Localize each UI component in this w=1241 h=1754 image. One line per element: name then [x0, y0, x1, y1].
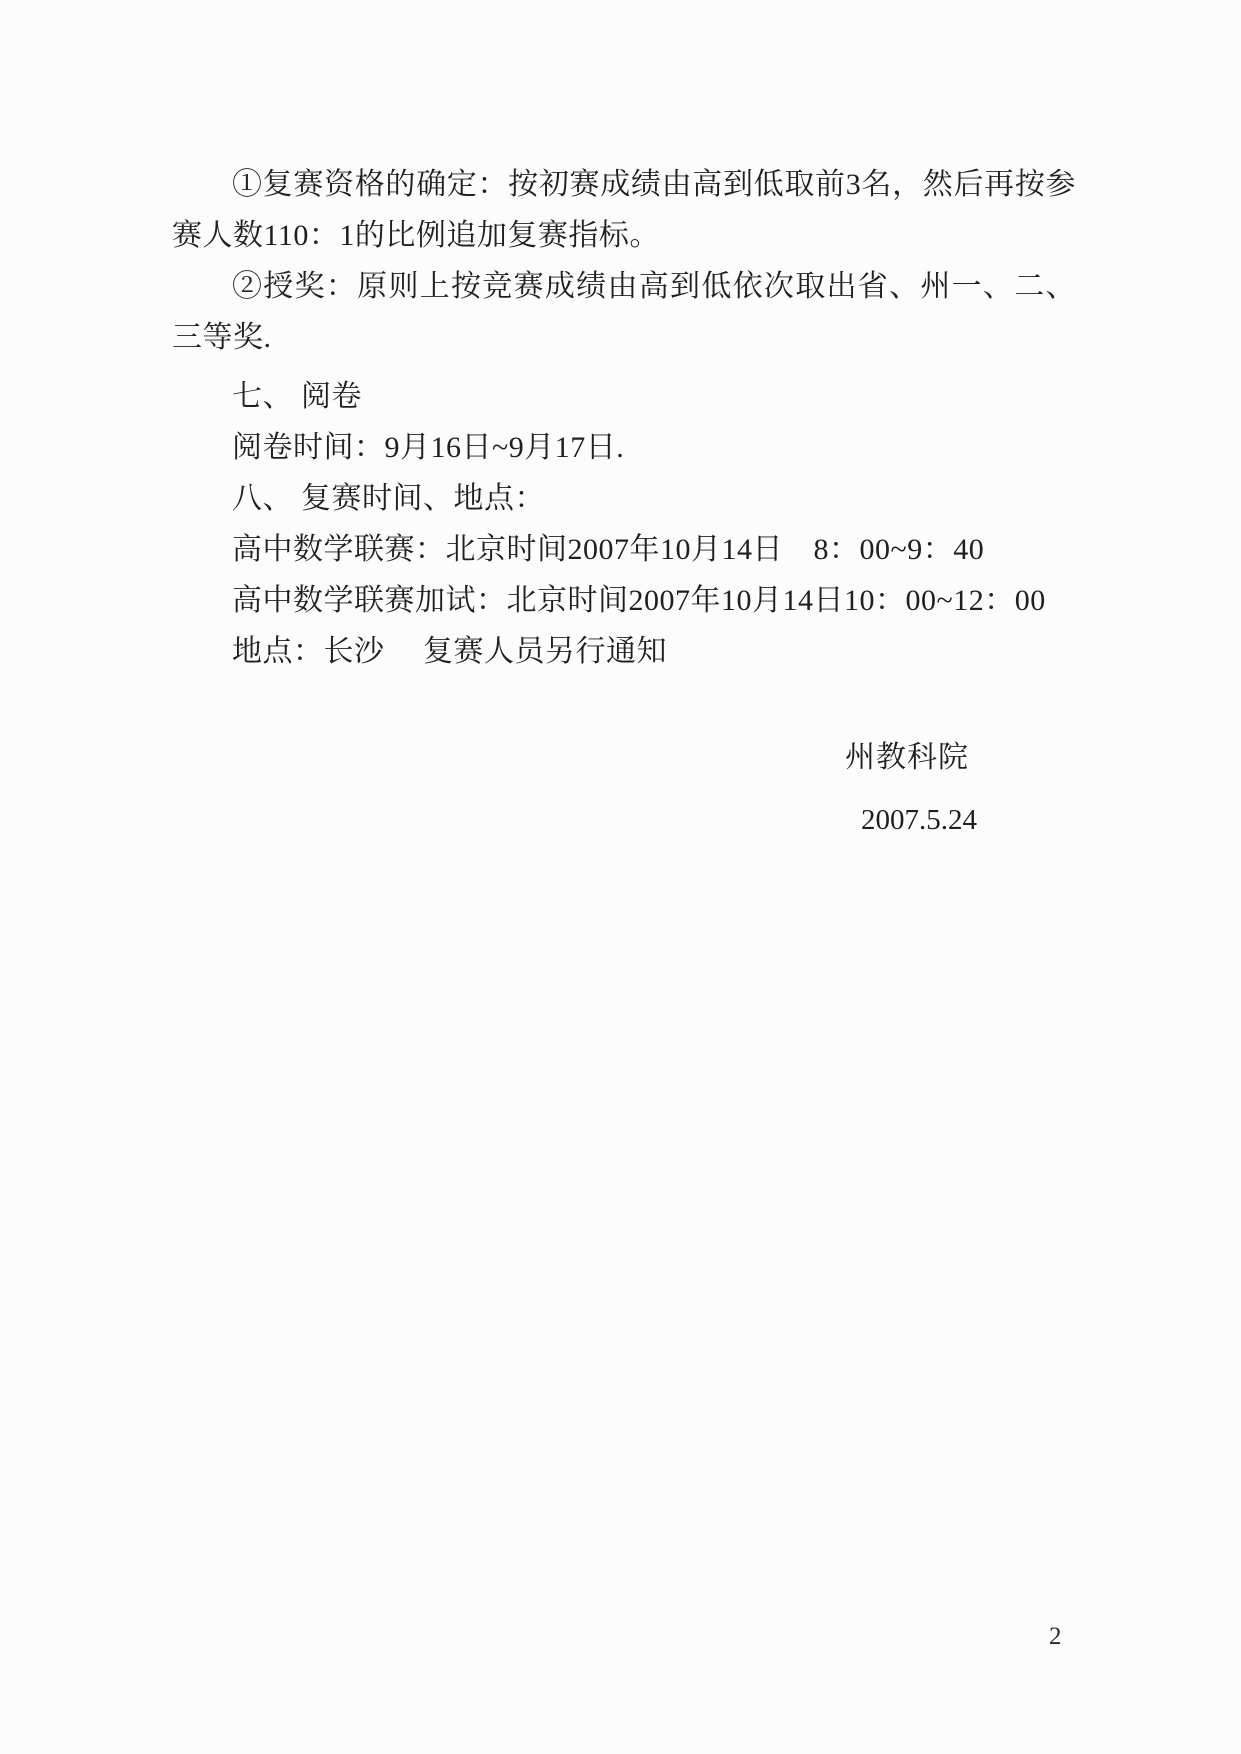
- text-grading-time: 阅卷时间：9月16日~9月17日.: [172, 422, 1076, 473]
- page-number: 2: [1049, 1622, 1062, 1652]
- document-page: ①复赛资格的确定：按初赛成绩由高到低取前3名，然后再按参赛人数110：1的比例追…: [0, 0, 1241, 1754]
- document-body: ①复赛资格的确定：按初赛成绩由高到低取前3名，然后再按参赛人数110：1的比例追…: [172, 159, 1076, 677]
- text-contest-time: 高中数学联赛：北京时间2007年10月14日 8：00~9：40: [172, 524, 1076, 575]
- signature-date: 2007.5.24: [861, 795, 977, 846]
- heading-section-seven: 七、 阅卷: [172, 371, 1076, 422]
- text-contest-extra-time: 高中数学联赛加试：北京时间2007年10月14日10：00~12：00: [172, 575, 1076, 626]
- text-location: 地点：长沙 复赛人员另行通知: [172, 626, 1076, 677]
- signature-organization: 州教科院: [845, 732, 969, 783]
- paragraph-award-rule: ②授奖：原则上按竞赛成绩由高到低依次取出省、州一、二、三等奖.: [172, 261, 1076, 363]
- heading-section-eight: 八、 复赛时间、地点：: [172, 473, 1076, 524]
- paragraph-requalification-rule: ①复赛资格的确定：按初赛成绩由高到低取前3名，然后再按参赛人数110：1的比例追…: [172, 159, 1076, 261]
